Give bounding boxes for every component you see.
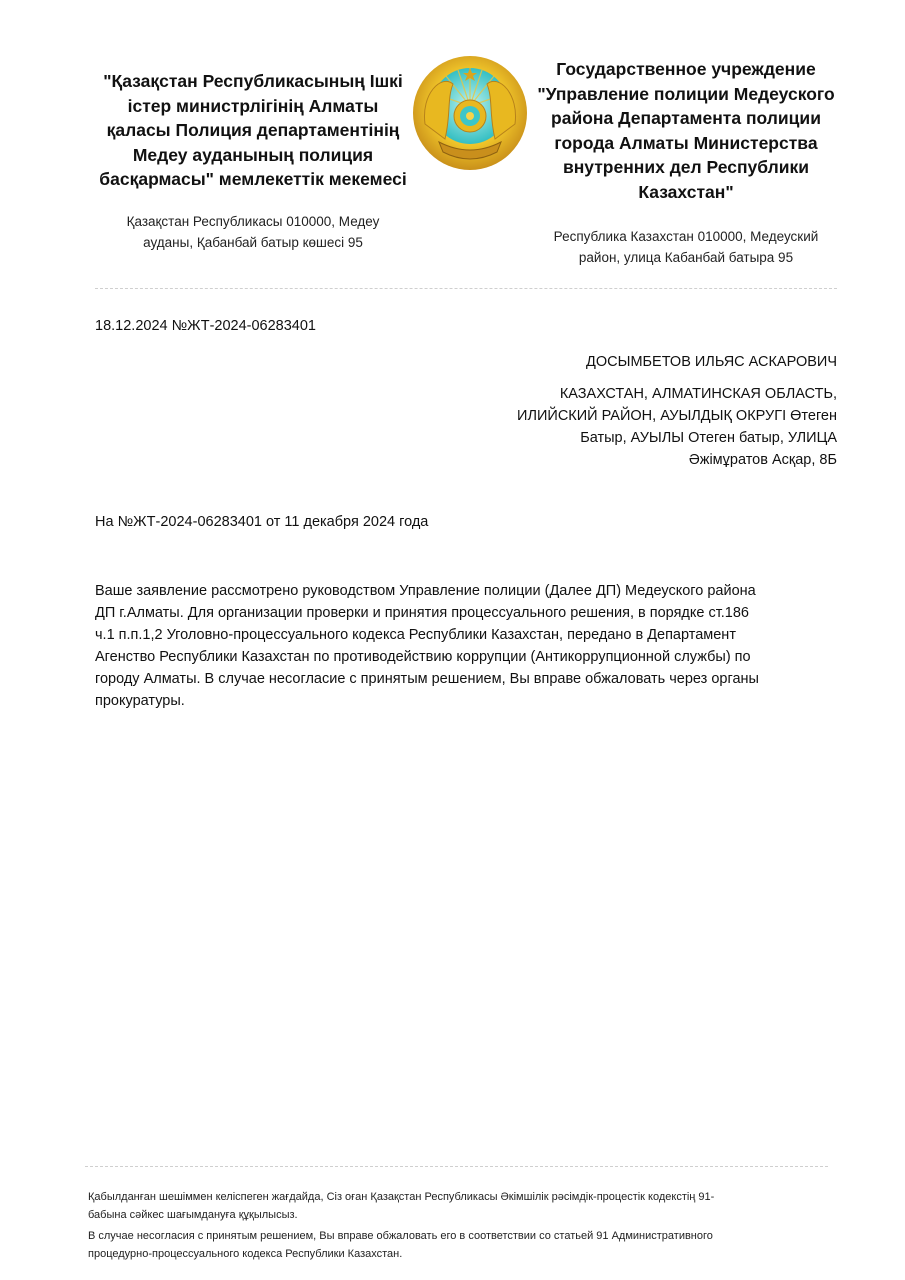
footer-notes: Қабылданған шешіммен келіспеген жағдайда… <box>88 1188 828 1266</box>
state-emblem-icon <box>411 54 529 172</box>
header-divider <box>95 288 837 289</box>
organization-address-ru: Республика Казахстан 010000, Медеуский р… <box>530 226 842 268</box>
organization-address-kz: Қазақстан Республикасы 010000, Медеу ауд… <box>92 211 414 253</box>
recipient-address: КАЗАХСТАН, АЛМАТИНСКАЯ ОБЛАСТЬ, ИЛИЙСКИЙ… <box>517 383 837 471</box>
footer-divider <box>85 1166 828 1167</box>
footer-note-kazakh: Қабылданған шешіммен келіспеген жағдайда… <box>88 1188 828 1224</box>
recipient-block: ДОСЫМБЕТОВ ИЛЬЯС АСКАРОВИЧ КАЗАХСТАН, АЛ… <box>517 351 837 471</box>
letter-body: Ваше заявление рассмотрено руководством … <box>95 580 840 712</box>
footer-note-russian: В случае несогласия с принятым решением,… <box>88 1227 828 1263</box>
document-reference: 18.12.2024 №ЖТ-2024-06283401 <box>95 318 316 334</box>
recipient-name: ДОСЫМБЕТОВ ИЛЬЯС АСКАРОВИЧ <box>517 351 837 373</box>
organization-name-ru: Государственное учреждение "Управление п… <box>530 57 842 204</box>
header-right-russian: Государственное учреждение "Управление п… <box>530 57 842 268</box>
header-left-kazakh: "Қазақстан Республикасының Ішкі істер ми… <box>92 69 414 253</box>
organization-name-kz: "Қазақстан Республикасының Ішкі істер ми… <box>92 69 414 192</box>
in-reply-to: На №ЖТ-2024-06283401 от 11 декабря 2024 … <box>95 514 428 530</box>
